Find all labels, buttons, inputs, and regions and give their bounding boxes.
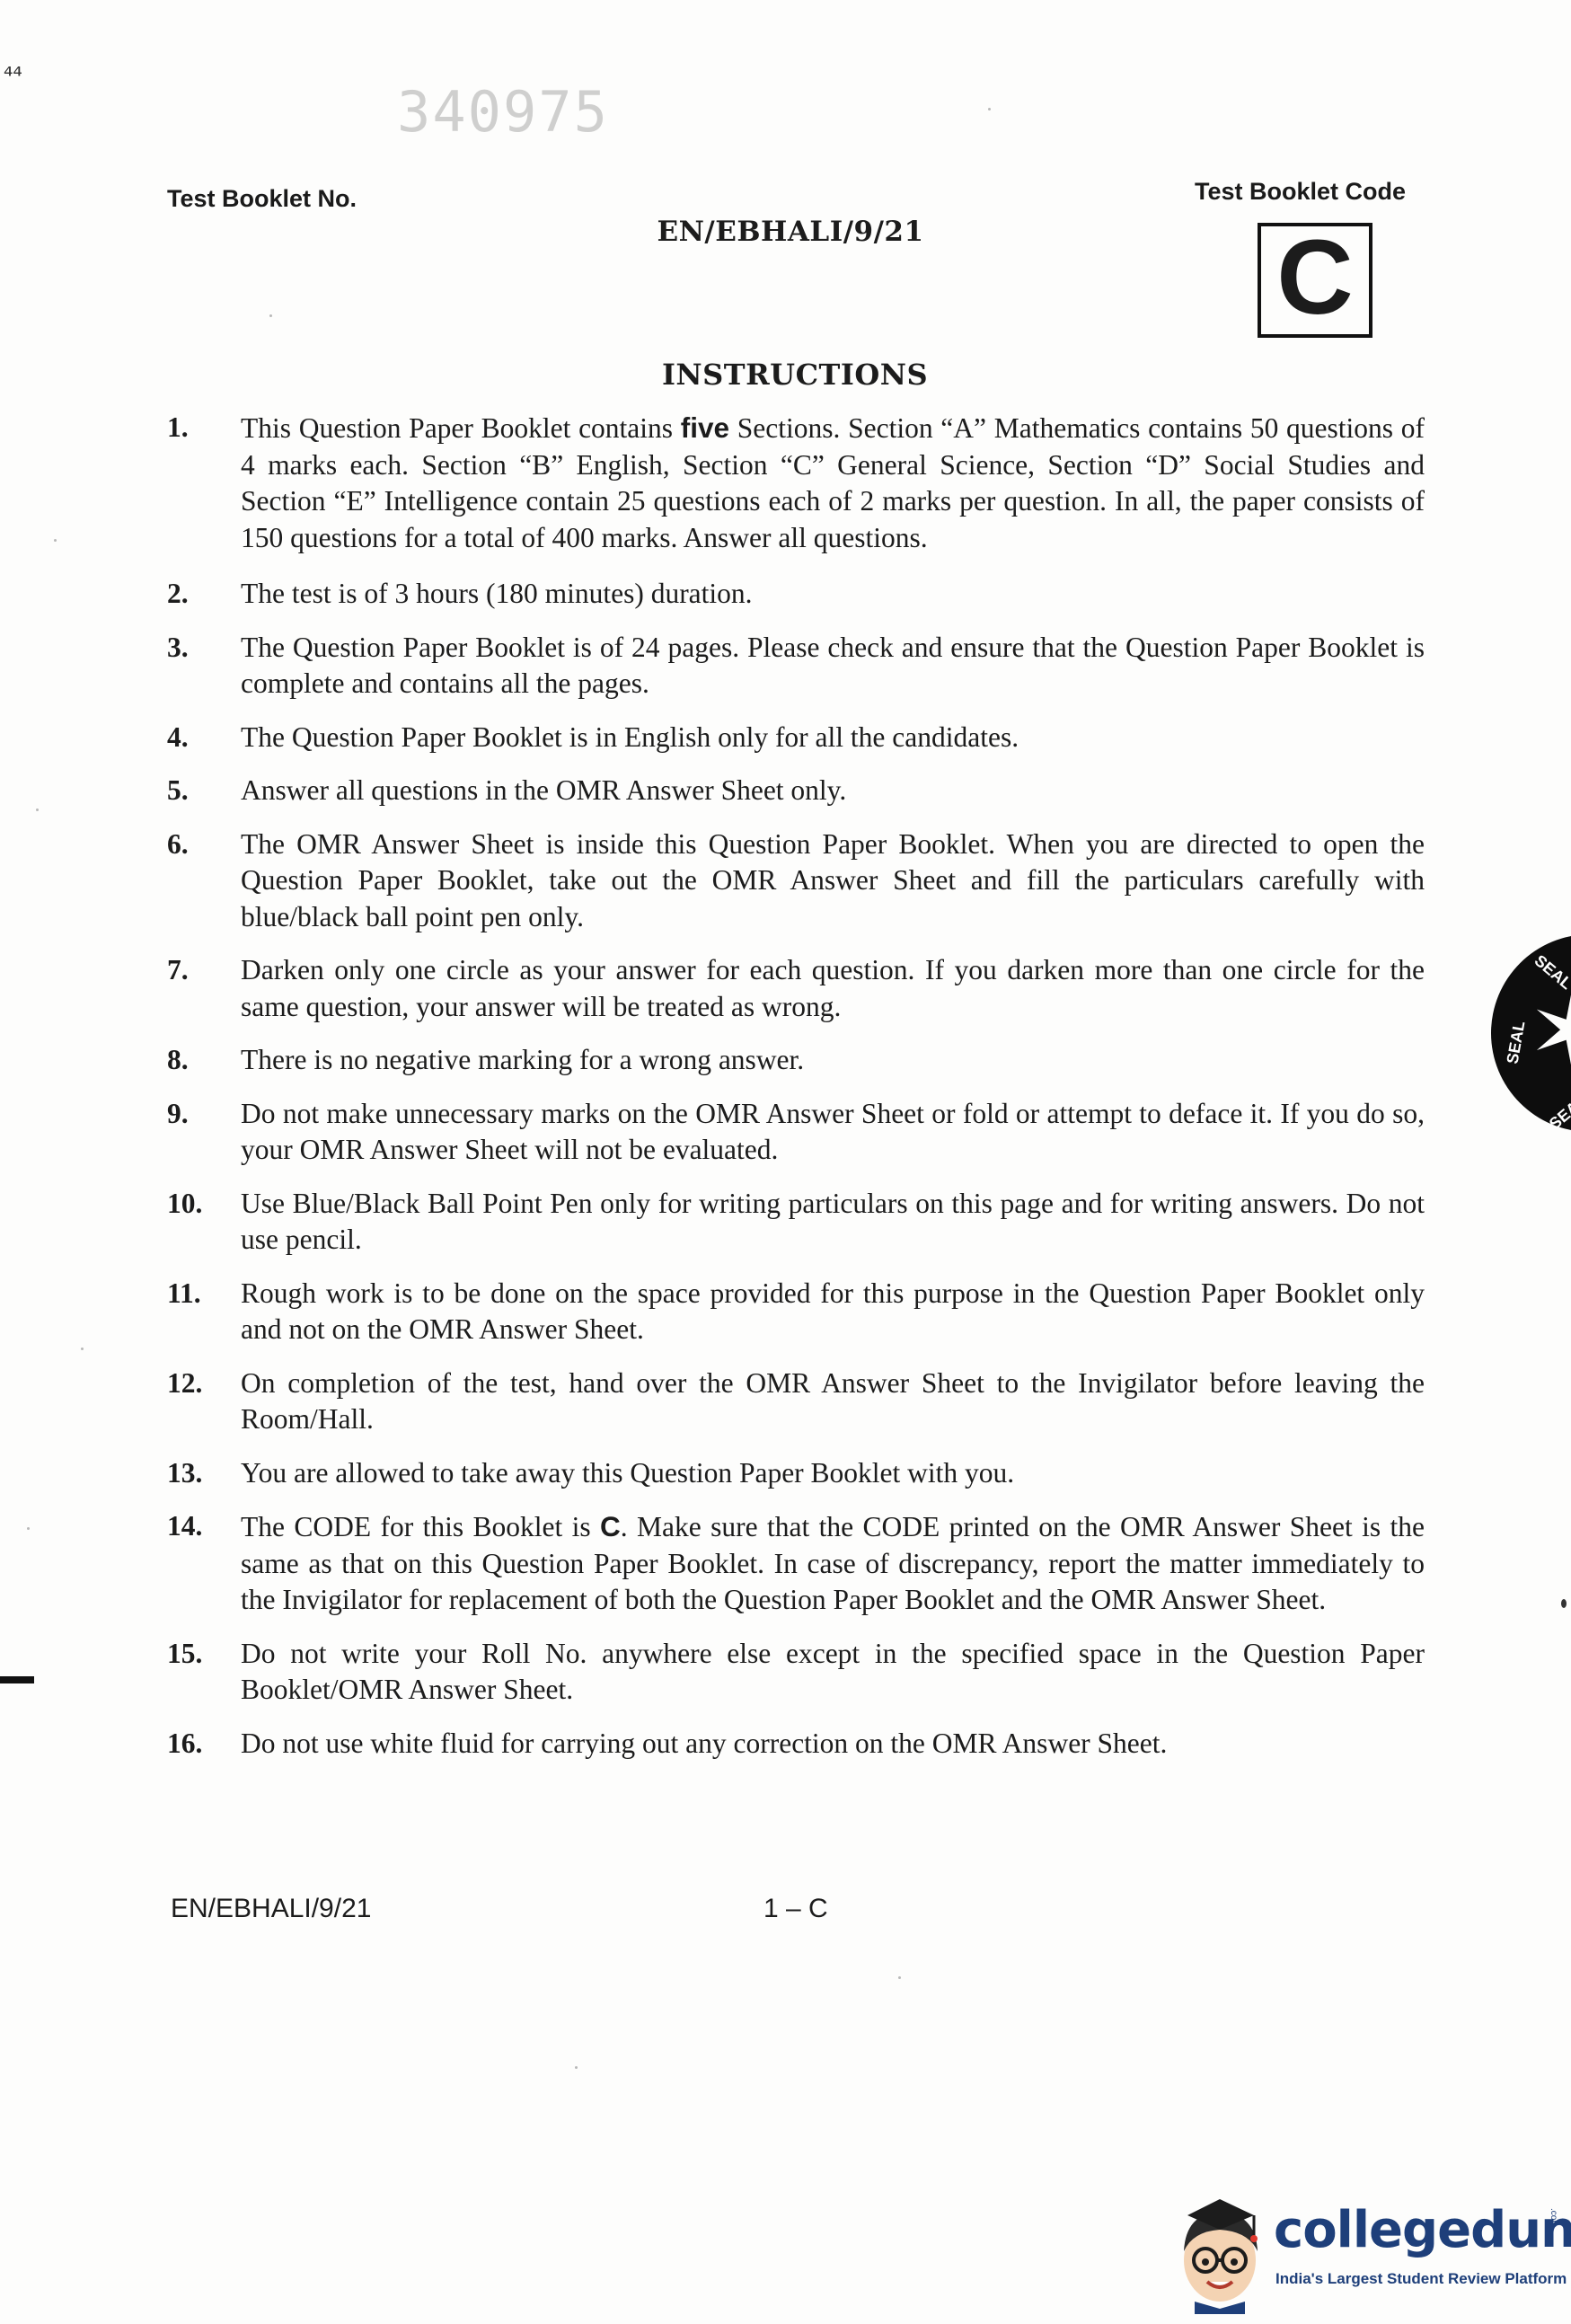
item-text: The CODE for this Booklet is C. Make sur… [241, 1508, 1425, 1619]
item-number: 13. [167, 1455, 241, 1492]
item-text: Do not use white fluid for carrying out … [241, 1726, 1425, 1763]
collegedunia-brand: collegedunia [1274, 2201, 1571, 2259]
item-number: 6. [167, 826, 241, 936]
item-text: The Question Paper Booklet is in English… [241, 720, 1425, 756]
instruction-item: 2. The test is of 3 hours (180 minutes) … [167, 576, 1425, 613]
item-number: 11. [167, 1276, 241, 1348]
item-text: Darken only one circle as your answer fo… [241, 952, 1425, 1025]
item-number: 7. [167, 952, 241, 1025]
item-number: 8. [167, 1042, 241, 1079]
item-text: Answer all questions in the OMR Answer S… [241, 773, 1425, 809]
booklet-code-box: C [1258, 223, 1372, 338]
item-text: This Question Paper Booklet contains fiv… [241, 410, 1425, 556]
item-number: 12. [167, 1365, 241, 1438]
item-number: 15. [167, 1636, 241, 1709]
item-number: 1. [167, 410, 241, 556]
instruction-item: 1. This Question Paper Booklet contains … [167, 410, 1425, 556]
instruction-item: 15. Do not write your Roll No. anywhere … [167, 1636, 1425, 1709]
item-text: On completion of the test, hand over the… [241, 1365, 1425, 1438]
scan-corner-mark: ⁴⁴ [4, 63, 22, 90]
item-number: 3. [167, 630, 241, 703]
instructions-title: INSTRUCTIONS [0, 358, 1571, 392]
item-text: The OMR Answer Sheet is inside this Ques… [241, 826, 1425, 936]
instruction-item: 6. The OMR Answer Sheet is inside this Q… [167, 826, 1425, 936]
item-number: 2. [167, 576, 241, 613]
item-text: There is no negative marking for a wrong… [241, 1042, 1425, 1079]
item-number: 9. [167, 1096, 241, 1169]
collegedunia-tagline: India's Largest Student Review Platform [1275, 2270, 1567, 2288]
item-number: 14. [167, 1508, 241, 1619]
serial-number: 340975 [397, 79, 609, 145]
test-booklet-no-label: Test Booklet No. [167, 185, 357, 213]
item-text: The test is of 3 hours (180 minutes) dur… [241, 576, 1425, 613]
instruction-item: 5. Answer all questions in the OMR Answe… [167, 773, 1425, 809]
collegedunia-domain-suffix: .com [1549, 2208, 1558, 2228]
item-text: Do not write your Roll No. anywhere else… [241, 1636, 1425, 1709]
instruction-item: 4. The Question Paper Booklet is in Engl… [167, 720, 1425, 756]
test-booklet-code-label: Test Booklet Code [1195, 178, 1406, 206]
collegedunia-mascot-icon [1168, 2188, 1271, 2314]
item-number: 16. [167, 1726, 241, 1763]
instruction-item: 7. Darken only one circle as your answer… [167, 952, 1425, 1025]
seal-star-icon: ✶ [1527, 979, 1571, 1087]
instruction-item: 16. Do not use white fluid for carrying … [167, 1726, 1425, 1763]
instruction-item: 3. The Question Paper Booklet is of 24 p… [167, 630, 1425, 703]
instruction-item: 12. On completion of the test, hand over… [167, 1365, 1425, 1438]
instruction-item: 13. You are allowed to take away this Qu… [167, 1455, 1425, 1492]
instruction-item: 14. The CODE for this Booklet is C. Make… [167, 1508, 1425, 1619]
item-text: Rough work is to be done on the space pr… [241, 1276, 1425, 1348]
scan-edge-mark [0, 1676, 34, 1683]
footer-paper-code: EN/EBHALI/9/21 [171, 1894, 371, 1924]
item-number: 4. [167, 720, 241, 756]
item-text: The Question Paper Booklet is of 24 page… [241, 630, 1425, 703]
item-text: Do not make unnecessary marks on the OMR… [241, 1096, 1425, 1169]
booklet-code-letter: C [1276, 225, 1353, 331]
instruction-item: 10. Use Blue/Black Ball Point Pen only f… [167, 1186, 1425, 1259]
footer-page-label: 1 – C [763, 1894, 828, 1924]
instruction-item: 8. There is no negative marking for a wr… [167, 1042, 1425, 1079]
item-text: Use Blue/Black Ball Point Pen only for w… [241, 1186, 1425, 1259]
item-number: 10. [167, 1186, 241, 1259]
instructions-list: 1. This Question Paper Booklet contains … [167, 410, 1425, 1762]
item-text: You are allowed to take away this Questi… [241, 1455, 1425, 1492]
item-number: 5. [167, 773, 241, 809]
instruction-item: 11. Rough work is to be done on the spac… [167, 1276, 1425, 1348]
instruction-item: 9. Do not make unnecessary marks on the … [167, 1096, 1425, 1169]
